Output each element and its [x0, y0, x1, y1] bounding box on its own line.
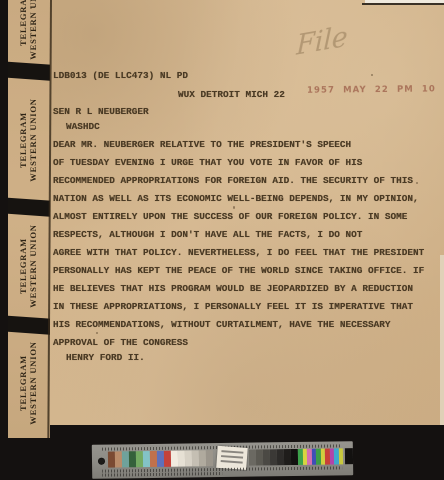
message-line: OF TUESDAY EVENING I URGE THAT YOU VOTE … — [53, 157, 424, 175]
paper-speck — [30, 7, 32, 9]
message-line: NATION AS WELL AS ITS ECONOMIC WELL-BEIN… — [53, 193, 424, 211]
message-line: IN THESE APPROPRIATIONS, I PERSONALLY FE… — [53, 301, 424, 319]
patch-row — [108, 448, 353, 467]
western-union-label: WESTERN UNION — [29, 341, 38, 424]
color-patch — [338, 448, 343, 464]
message-line: RESPECTS, ALTHOUGH I DON'T HAVE ALL THE … — [53, 229, 424, 247]
scan-edge-artifact — [362, 3, 444, 5]
form-brand-block: TELEGRAM WESTERN UNION — [11, 328, 45, 438]
message-lines: DEAR MR. NEUBERGER RELATIVE TO THE PRESI… — [53, 139, 424, 355]
message-line: DEAR MR. NEUBERGER RELATIVE TO THE PRESI… — [53, 139, 424, 157]
message-line: HE BELIEVES THAT HIS PROGRAM WOULD BE JE… — [53, 283, 424, 301]
patch-group-dark — [249, 449, 298, 466]
telegram-label: TELEGRAM — [19, 0, 28, 46]
telegram-label: TELEGRAM — [19, 238, 28, 294]
routing-line: LDB013 (DE LLC473) NL PD — [53, 70, 188, 82]
message-line: HIS RECOMMENDATIONS, WITHOUT CURTAILMENT… — [53, 319, 424, 337]
form-brand-block: TELEGRAM WESTERN UNION — [11, 211, 45, 321]
scan-background: { "form": { "brand_line1": "WESTERN UNIO… — [0, 0, 444, 480]
scan-edge-artifact — [365, 0, 444, 3]
patch-group-gray — [171, 450, 213, 467]
signature-line: HENRY FORD II. — [66, 352, 145, 364]
patch-group-right — [298, 448, 343, 465]
bar-micro-text — [102, 472, 222, 477]
message-line: ALMOST ENTIRELY UPON THE SUCCESS OF OUR … — [53, 211, 424, 229]
date-stamp: 1957 MAY 22 PM 10 36 — [307, 84, 444, 96]
end-patch — [345, 448, 353, 464]
telegram-label: TELEGRAM — [19, 112, 28, 168]
paper-edge-highlight — [440, 255, 444, 425]
form-brand-block: TELEGRAM WESTERN UNION — [11, 85, 45, 195]
color-calibration-bar — [92, 441, 353, 479]
recipient-city: WASHDC — [66, 121, 100, 133]
recipient-line: SEN R L NEUBERGER — [53, 106, 149, 118]
origin-line: WUX DETROIT MICH 22 — [178, 89, 285, 101]
screw-hole — [98, 458, 105, 465]
form-edge-separator — [8, 61, 50, 81]
message-line: PERSONALLY HAS KEPT THE PEACE OF THE WOR… — [53, 265, 424, 283]
message-line: AGREE WITH THAT POLICY. NEVERTHELESS, I … — [53, 247, 424, 265]
form-edge-strip: TELEGRAM WESTERN UNION TELEGRAM WESTERN … — [8, 0, 50, 438]
paper-speck — [371, 74, 373, 76]
patch-group-left — [108, 451, 171, 468]
label-card — [216, 446, 248, 470]
message-line: RECOMMENDED APPROPRIATIONS FOR FOREIGN A… — [53, 175, 424, 193]
telegram-label: TELEGRAM — [19, 355, 28, 411]
western-union-label: WESTERN UNION — [29, 224, 38, 307]
western-union-label: WESTERN UNION — [29, 98, 38, 181]
